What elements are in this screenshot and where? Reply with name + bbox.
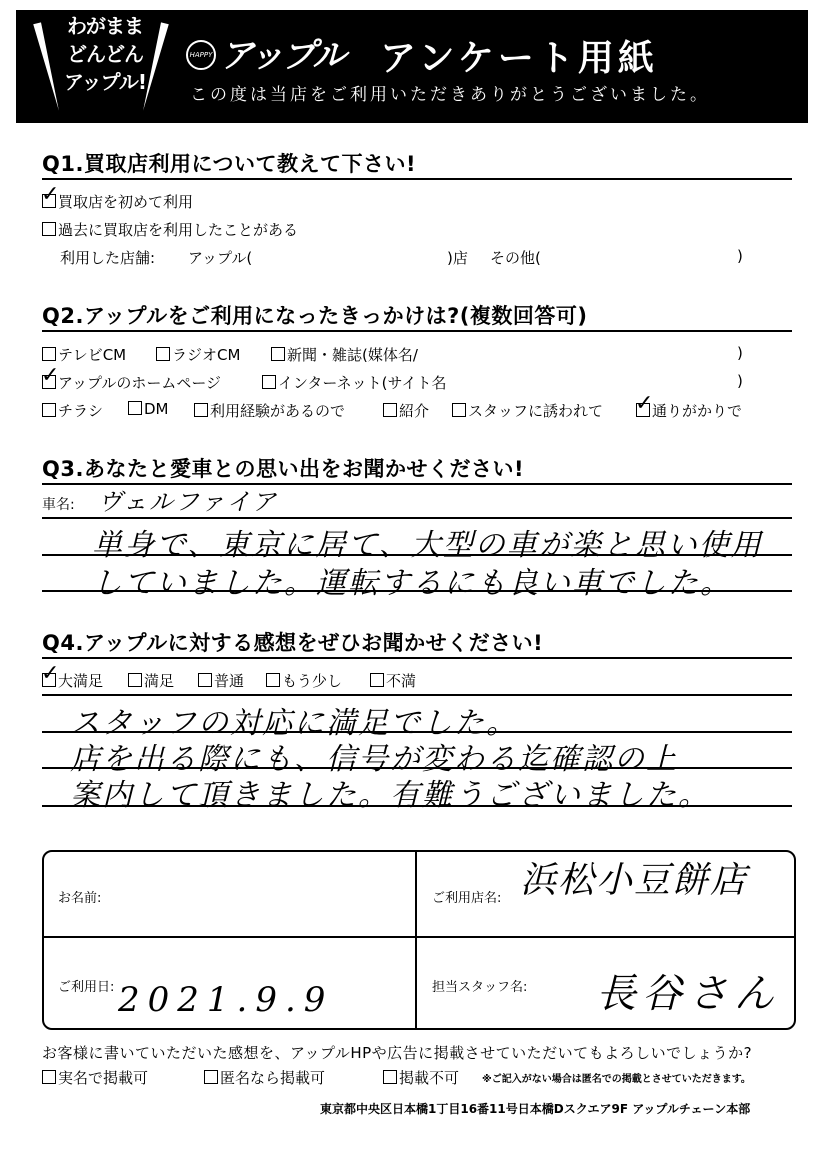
checkbox[interactable] [452,403,466,417]
divider [42,936,794,938]
checkbox[interactable] [42,347,56,361]
car-name-value[interactable]: ヴェルファイア [98,482,278,517]
slogan-line: どんどん [60,40,150,68]
consent-option-real-name[interactable]: 実名で掲載可 [42,1067,148,1088]
checkbox[interactable] [198,673,212,687]
checkbox[interactable] [42,222,56,236]
q4-option-satisfied[interactable]: 満足 [128,670,174,691]
consent-note: ※ご記入がない場合は匿名での掲載とさせていただきます。 [482,1070,751,1085]
checkbox[interactable] [262,375,276,389]
close-paren: ) [737,344,743,362]
option-label: 買取店を初めて利用 [58,193,193,211]
store-name-label: ご利用店名: [432,887,501,906]
apple-logo-icon: HAPPY [186,40,216,70]
slogan-line: わがまま [60,12,150,40]
checkbox-checked[interactable] [42,194,56,208]
checkbox[interactable] [156,347,170,361]
option-label: 不満 [386,672,416,690]
checkbox-checked[interactable] [636,403,650,417]
staff-name-field[interactable]: 長谷さん [596,962,780,1019]
option-label: もう少し [282,672,342,690]
page-subtitle: この度は当店をご利用いただきありがとうございました。 [190,80,710,105]
q4-option-normal[interactable]: 普通 [198,670,244,691]
answer-rule [42,805,792,807]
option-label: DM [144,400,169,418]
option-label: ラジオCM [172,346,240,364]
q3-answer-line[interactable]: していました。運転するにも良い車でした。 [92,558,732,602]
q2-title: Q2.アップルをご利用になったきっかけは?(複数回答可) [42,300,588,330]
q2-option-newspaper[interactable]: 新聞・雑誌(媒体名/ [271,344,418,365]
company-address: 東京都中央区日本橋1丁目16番11号日本橋Dスクエア9F アップルチェーン本部 [320,1100,750,1117]
q2-option-tv-cm[interactable]: テレビCM [42,344,126,365]
publication-consent-question: お客様に書いていただいた感想を、アップルHPや広告に掲載させていただいてもよろし… [42,1042,752,1063]
date-label: ご利用日: [58,976,114,995]
q4-title: Q4.アップルに対する感想をぜひお聞かせください! [42,627,543,657]
q1-title: Q1.買取店利用について教えて下さい! [42,148,416,178]
answer-rule [42,767,792,769]
option-label: スタッフに誘われて [468,402,603,420]
checkbox[interactable] [266,673,280,687]
option-label: 過去に買取店を利用したことがある [58,221,298,239]
q4-option-very-satisfied[interactable]: 大満足 [42,670,103,691]
slogan-line: アップル! [60,68,150,96]
option-label: チラシ [58,402,103,420]
option-label: アップルのホームページ [58,374,221,392]
brand-logo: アップル [220,28,344,77]
q2-option-radio-cm[interactable]: ラジオCM [156,344,240,365]
answer-rule [42,590,792,592]
divider [42,657,792,659]
answer-rule [42,731,792,733]
q2-option-dm[interactable]: DM [128,400,169,418]
option-label: 新聞・雑誌(媒体名/ [287,346,418,364]
checkbox[interactable] [194,403,208,417]
q1-store-other: その他( [490,247,541,268]
car-name-label: 車名: [42,494,75,514]
divider [42,330,792,332]
slogan: わがまま どんどん アップル! [60,12,150,96]
consent-option-not-allowed[interactable]: 掲載不可 [383,1067,459,1088]
option-label: 実名で掲載可 [58,1069,148,1087]
option-label: 満足 [144,672,174,690]
checkbox[interactable] [383,1070,397,1084]
checkbox[interactable] [42,1070,56,1084]
option-label: 紹介 [399,402,429,420]
checkbox[interactable] [42,403,56,417]
consent-option-anonymous[interactable]: 匿名なら掲載可 [204,1067,325,1088]
q2-option-passing-by[interactable]: 通りがかりで [636,400,742,421]
option-label: テレビCM [58,346,126,364]
option-label: 掲載不可 [399,1069,459,1087]
divider [42,178,792,180]
answer-rule [42,517,792,519]
checkbox[interactable] [128,673,142,687]
q2-option-experience[interactable]: 利用経験があるので [194,400,345,421]
q1-option-used-before[interactable]: 過去に買取店を利用したことがある [42,219,298,240]
q1-store-apple: アップル( [188,247,252,268]
page-title: アンケート用紙 [380,30,658,81]
option-label: 大満足 [58,672,103,690]
option-label: 利用経験があるので [210,402,345,420]
answer-rule [42,554,792,556]
divider [415,850,417,1028]
checkbox[interactable] [271,347,285,361]
staff-name-label: 担当スタッフ名: [432,976,527,995]
q1-store-other-close: ) [737,247,743,265]
q2-option-flyer[interactable]: チラシ [42,400,103,421]
checkbox[interactable] [370,673,384,687]
store-name-field[interactable]: 浜松小豆餅店 [520,852,748,903]
q1-store-label: 利用した店舗: [60,247,155,268]
checkbox[interactable] [204,1070,218,1084]
q4-answer-line[interactable]: 案内して頂きました。有難うございました。 [70,770,710,814]
q1-store-close: )店 [447,247,468,268]
q2-option-referral[interactable]: 紹介 [383,400,429,421]
q2-option-homepage[interactable]: アップルのホームページ [42,372,221,393]
q4-option-dissatisfied[interactable]: 不満 [370,670,416,691]
checkbox[interactable] [383,403,397,417]
q2-option-staff[interactable]: スタッフに誘われて [452,400,603,421]
option-label: 普通 [214,672,244,690]
q3-title: Q3.あなたと愛車との思い出をお聞かせください! [42,453,524,483]
checkbox-checked[interactable] [42,673,56,687]
checkbox[interactable] [128,401,142,415]
q2-option-internet[interactable]: インターネット(サイト名 [262,372,446,393]
q1-option-first-time[interactable]: 買取店を初めて利用 [42,191,193,212]
q4-option-could-be-better[interactable]: もう少し [266,670,342,691]
name-label: お名前: [58,887,101,906]
close-paren: ) [737,372,743,390]
option-label: 匿名なら掲載可 [220,1069,325,1087]
checkbox-checked[interactable] [42,375,56,389]
option-label: 通りがかりで [652,402,742,420]
date-field[interactable]: 2021.9.9 [118,980,333,1020]
answer-rule [42,694,792,696]
option-label: インターネット(サイト名 [278,374,446,392]
